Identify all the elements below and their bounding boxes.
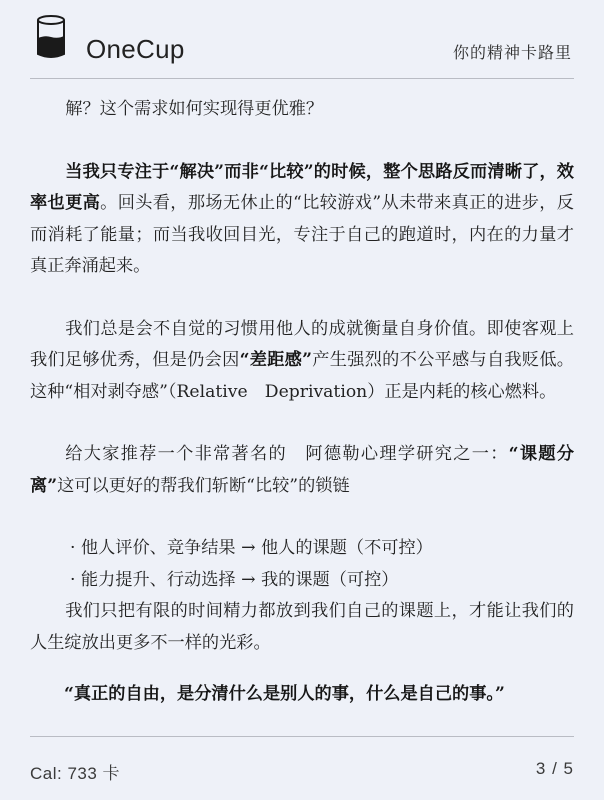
list-item: · 他人评价、竞争结果 → 他人的课题（不可控） — [30, 533, 574, 565]
paragraph-recommendation: 给大家推荐一个非常著名的 阿德勒心理学研究之一：“课题分离”这可以更好的帮我们斩… — [30, 439, 574, 502]
footer: Cal: 733 卡 3 / 5 — [30, 736, 574, 800]
list-item: · 能力提升、行动选择 → 我的课题（可控） — [30, 565, 574, 597]
slogan: 你的精神卡路里 — [453, 40, 572, 63]
article-body: 解？这个需求如何实现得更优雅？ 当我只专注于“解决”而非“比较”的时候，整个思路… — [30, 94, 574, 711]
cup-icon — [36, 14, 66, 60]
header: OneCup 你的精神卡路里 — [30, 0, 574, 79]
paragraph-conclusion: 我们只把有限的时间精力都放到我们自己的课题上，才能让我们的人生绽放出更多不一样的… — [30, 596, 574, 659]
calorie-count: Cal: 733 卡 — [30, 759, 120, 784]
paragraph-focus: 当我只专注于“解决”而非“比较”的时候，整个思路反而清晰了，效率也更高。回头看，… — [30, 157, 574, 283]
paragraph-intro: 解？这个需求如何实现得更优雅？ — [30, 94, 574, 126]
page-indicator: 3 / 5 — [536, 759, 574, 779]
brand-name: OneCup — [86, 34, 185, 65]
paragraph-comparison: 我们总是会不自觉的习惯用他人的成就衡量自身价值。即使客观上我们足够优秀，但是仍会… — [30, 314, 574, 409]
quote: “真正的自由，是分清什么是别人的事，什么是自己的事。” — [30, 679, 574, 711]
highlight-text: “差距感” — [240, 350, 312, 370]
